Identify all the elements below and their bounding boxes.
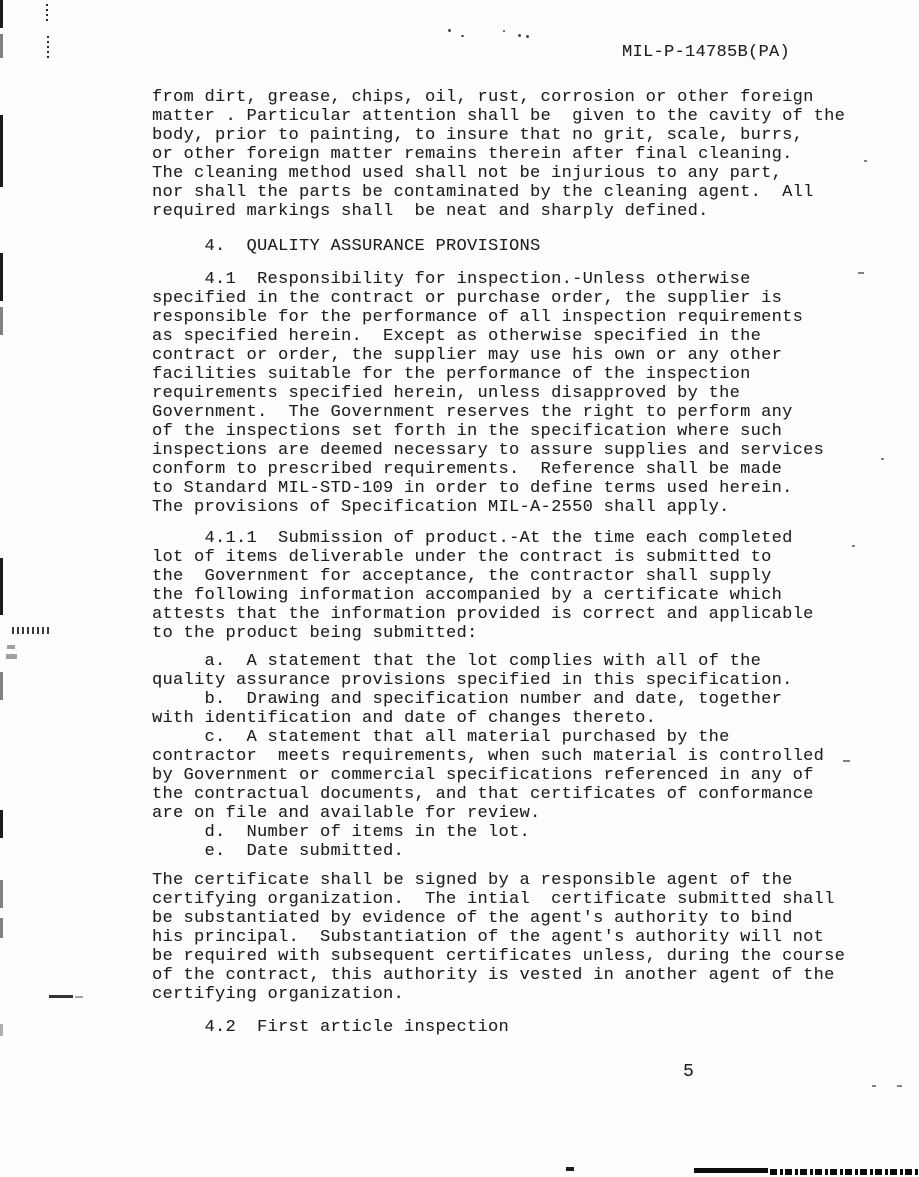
scan-artifact-speck (897, 1085, 902, 1087)
scan-artifact-speck (858, 272, 864, 274)
scan-artifact-smudge (7, 645, 15, 649)
scan-artifact-speck (843, 760, 850, 762)
scan-artifact-edge-line (0, 1024, 3, 1036)
scan-artifact-dash (49, 995, 73, 998)
scan-artifact-edge-line (0, 307, 3, 335)
paragraph-cleaning: from dirt, grease, chips, oil, rust, cor… (152, 88, 892, 221)
scan-artifact-speck (872, 1085, 876, 1087)
document-number: MIL-P-14785B(PA) (622, 43, 790, 62)
document-body: from dirt, grease, chips, oil, rust, cor… (152, 88, 892, 1037)
list-items-a-e: a. A statement that the lot complies wit… (152, 652, 892, 861)
section-heading-4: 4. QUALITY ASSURANCE PROVISIONS (152, 237, 892, 256)
scan-artifact-speck (881, 458, 884, 460)
scan-artifact-bottom-streak (770, 1169, 919, 1175)
scan-artifact-smudge (12, 627, 52, 634)
scan-artifact-smudge (6, 654, 17, 659)
scan-artifact-bottom-bar (694, 1168, 768, 1173)
scan-artifact-speck (503, 30, 505, 32)
scan-artifact-speck (461, 35, 464, 37)
scan-artifact-speck (518, 34, 521, 37)
paragraph-4-1: 4.1 Responsibility for inspection.-Unles… (152, 270, 892, 517)
paragraph-4-1-1: 4.1.1 Submission of product.-At the time… (152, 529, 892, 643)
scan-artifact-edge-line (0, 810, 3, 838)
scan-artifact-dotted-mark (46, 4, 48, 22)
scan-artifact-bottom-mark (566, 1167, 574, 1171)
scan-artifact-dash (75, 996, 83, 998)
scanned-document-page: MIL-P-14785B(PA) from dirt, grease, chip… (0, 0, 919, 1177)
paragraph-certificate: The certificate shall be signed by a res… (152, 871, 892, 1004)
scan-artifact-speck (526, 35, 529, 38)
scan-artifact-edge-line (0, 880, 3, 908)
scan-artifact-dotted-mark (47, 36, 49, 60)
scan-artifact-edge-line (0, 115, 3, 187)
scan-artifact-edge-line (0, 253, 3, 301)
scan-artifact-speck (864, 160, 867, 162)
scan-artifact-edge-line (0, 0, 3, 28)
paragraph-4-2: 4.2 First article inspection (152, 1018, 892, 1037)
scan-artifact-speck (852, 545, 855, 547)
scan-artifact-speck (448, 29, 451, 32)
scan-artifact-edge-line (0, 672, 3, 700)
scan-artifact-edge-line (0, 34, 3, 58)
page-number: 5 (683, 1062, 694, 1082)
scan-artifact-edge-line (0, 558, 3, 615)
scan-artifact-edge-line (0, 918, 3, 938)
